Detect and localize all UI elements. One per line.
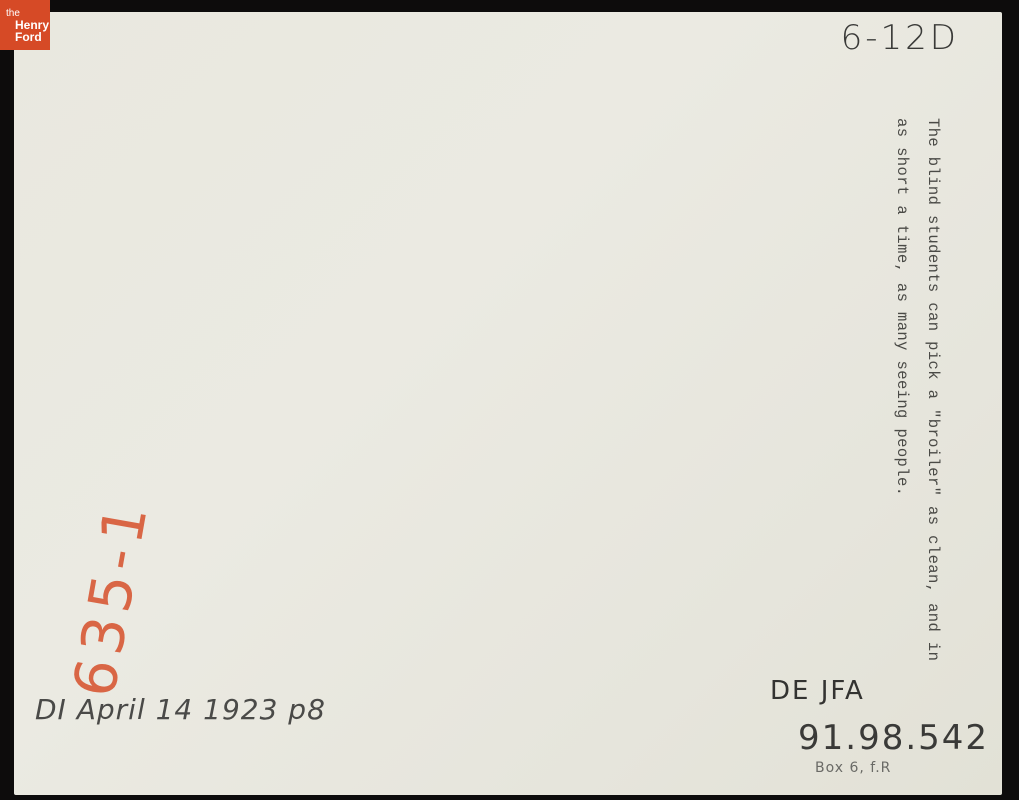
accession-number: 91.98.542 [798, 718, 989, 758]
top-right-code: 6-12D [841, 18, 959, 58]
date-note: DI April 14 1923 p8 [35, 693, 326, 726]
typed-caption: The blind students can pick a "broiler" … [886, 118, 948, 568]
caption-line-1: The blind students can pick a "broiler" … [917, 118, 948, 568]
box-note: Box 6, f.R [815, 760, 891, 776]
henry-ford-logo[interactable]: the Henry Ford [0, 0, 50, 50]
logo-ford: Ford [6, 31, 50, 43]
caption-line-2: as short a time, as many seeing people. [886, 118, 917, 568]
collection-code: DE JFA [770, 676, 865, 706]
